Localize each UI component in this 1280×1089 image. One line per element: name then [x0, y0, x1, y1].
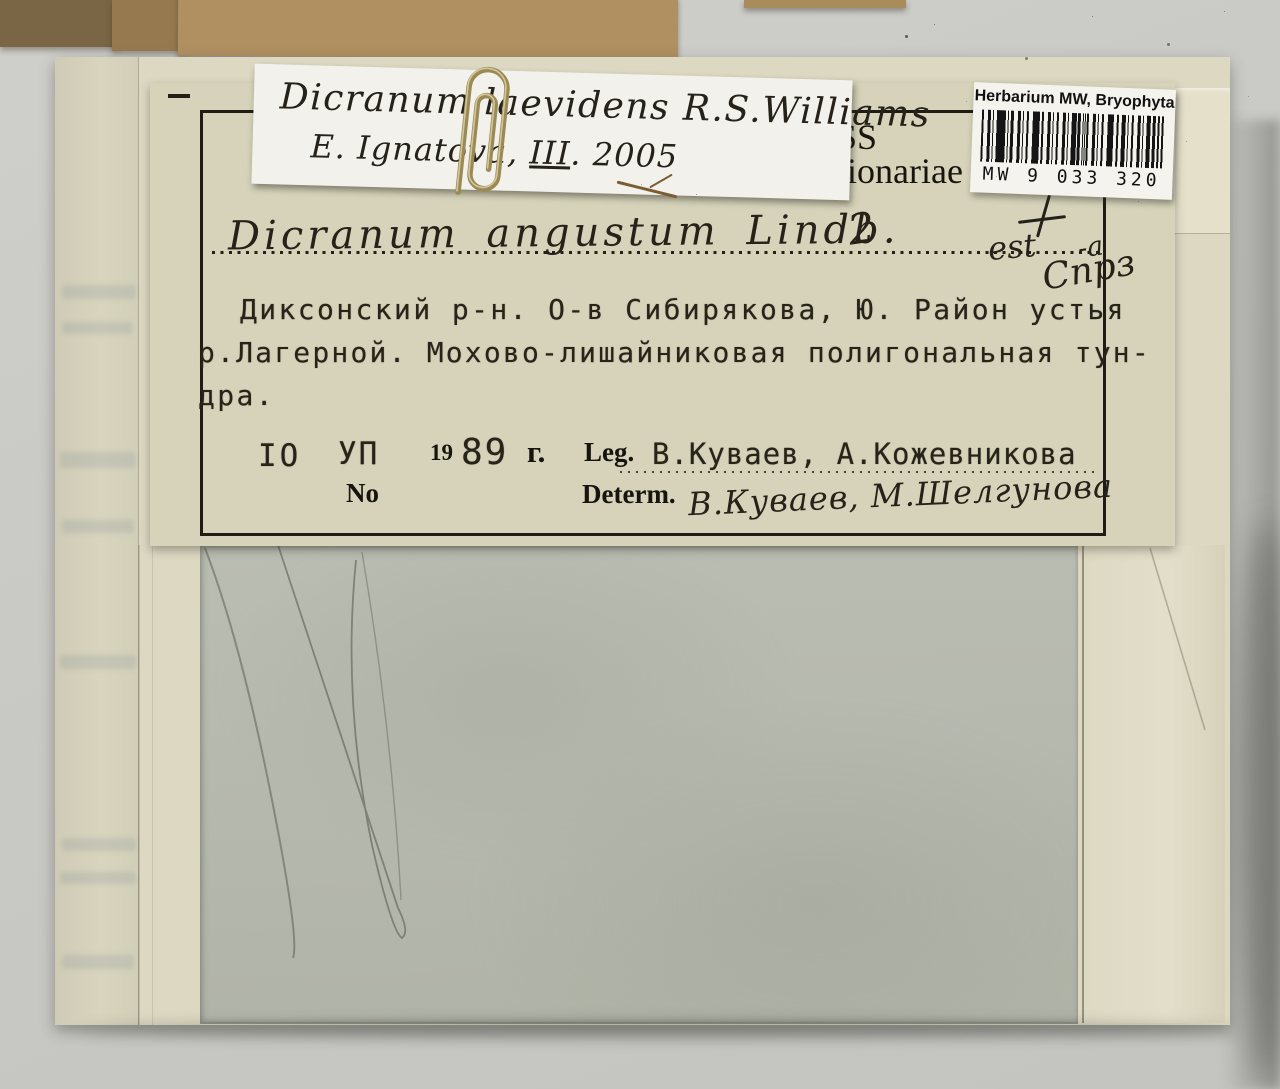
date-day: IO: [258, 438, 301, 474]
note-est: est: [986, 226, 1037, 268]
barcode-icon: [980, 109, 1166, 168]
ghost-text-band: [62, 520, 134, 533]
ghost-text-band: [60, 452, 136, 468]
packet-fold-seam-left: [138, 545, 140, 1025]
locality-line2: р.Лагерной. Мохово-лишайниковая полигона…: [198, 336, 1151, 369]
herbarium-photo: Dicranum angustum Lindb. 2 est -a Спрз Д…: [0, 0, 1280, 1089]
packet-corner-fold: [1172, 88, 1230, 234]
dust-specks: [905, 35, 908, 38]
ghost-text-band: [62, 955, 134, 969]
barcode-label: Herbarium MW, Bryophyta MW 9 033 320: [970, 82, 1176, 200]
pen-dash-mark: [168, 94, 190, 98]
ghost-text-band: [62, 838, 136, 851]
determination-name-text: Dicranum angustum Lindb.: [228, 206, 900, 259]
annotation-line1: Dicranum laevidens R.S.Williams: [279, 76, 931, 135]
ghost-text-band: [62, 285, 136, 299]
printed-fragment-tionariae: tionariae: [837, 150, 963, 192]
date-month: УП: [338, 436, 379, 472]
leg-label: Leg.: [584, 437, 634, 468]
packet-right-strip: [1082, 545, 1225, 1023]
date-year-suffix: г.: [527, 434, 545, 470]
no-label: No: [346, 478, 379, 509]
locality-line3: дра.: [198, 379, 275, 412]
ghost-text-band: [62, 322, 132, 334]
packet-bottom-shadow: [80, 1022, 1235, 1038]
annotation-line2-suffix: . 2005: [570, 135, 679, 176]
determination-name: Dicranum angustum Lindb.: [228, 206, 900, 259]
date-year-typed: 89: [461, 432, 508, 473]
annotation-label: Dicranum laevidens R.S.Williams E. Ignat…: [251, 64, 852, 201]
kraft-paper-dark: [0, 0, 118, 47]
barcode-title: Herbarium MW, Bryophyta: [973, 87, 1176, 113]
ghost-text-band: [60, 872, 136, 884]
determ-label: Determ.: [582, 479, 676, 510]
kraft-paper-sliver: [744, 0, 906, 8]
locality-line1: Диксонский р-н. О-в Сибирякова, Ю. Район…: [240, 293, 1126, 326]
ghost-text-band: [60, 655, 136, 669]
kraft-paper-mid: [112, 0, 186, 51]
paperclip-icon: [416, 51, 542, 222]
packet-fold-seam-left2: [152, 545, 153, 1025]
date-century-printed: 19: [430, 440, 453, 466]
annotation-line2-roman: III: [529, 133, 571, 172]
collectors: В.Куваев, А.Кожевникова: [652, 437, 1077, 471]
kraft-paper-large: [178, 0, 678, 58]
glassine-panel: [200, 545, 1078, 1024]
